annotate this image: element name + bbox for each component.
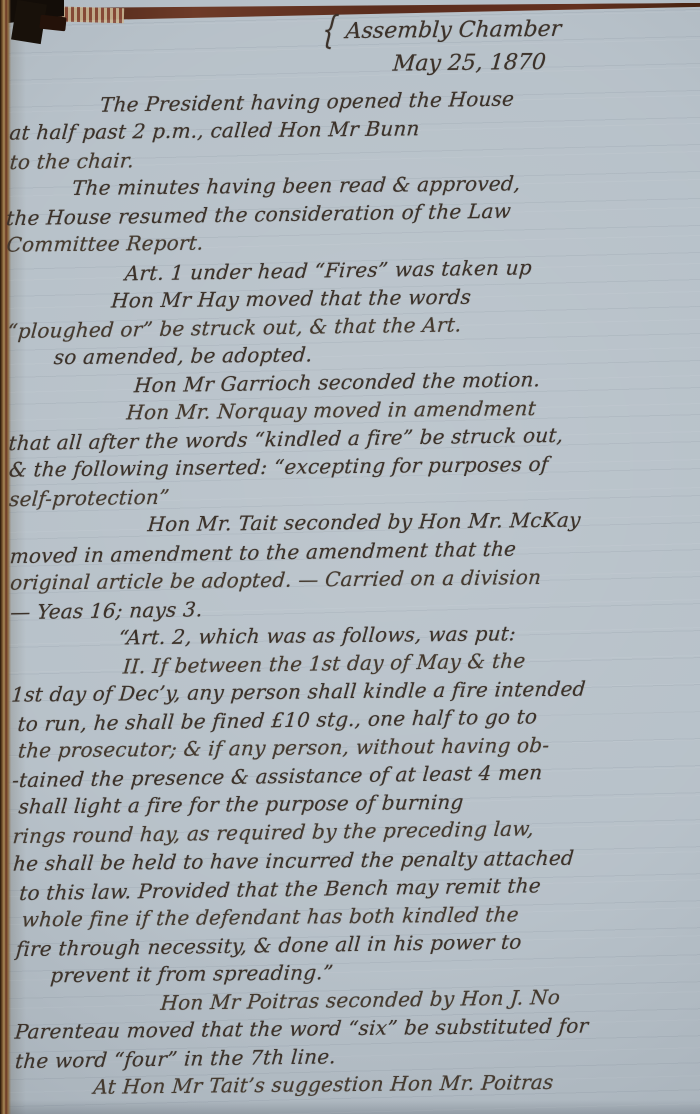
manuscript-text: {Assembly Chamber May 25, 1870 The Presi… <box>4 10 700 1102</box>
manuscript-photo: {Assembly Chamber May 25, 1870 The Presi… <box>0 0 700 1114</box>
manuscript-lines: The President having opened the Houseat … <box>5 83 700 1102</box>
heading-date: May 25, 1870 <box>4 44 695 84</box>
heading-place-text: Assembly Chamber <box>345 17 562 44</box>
